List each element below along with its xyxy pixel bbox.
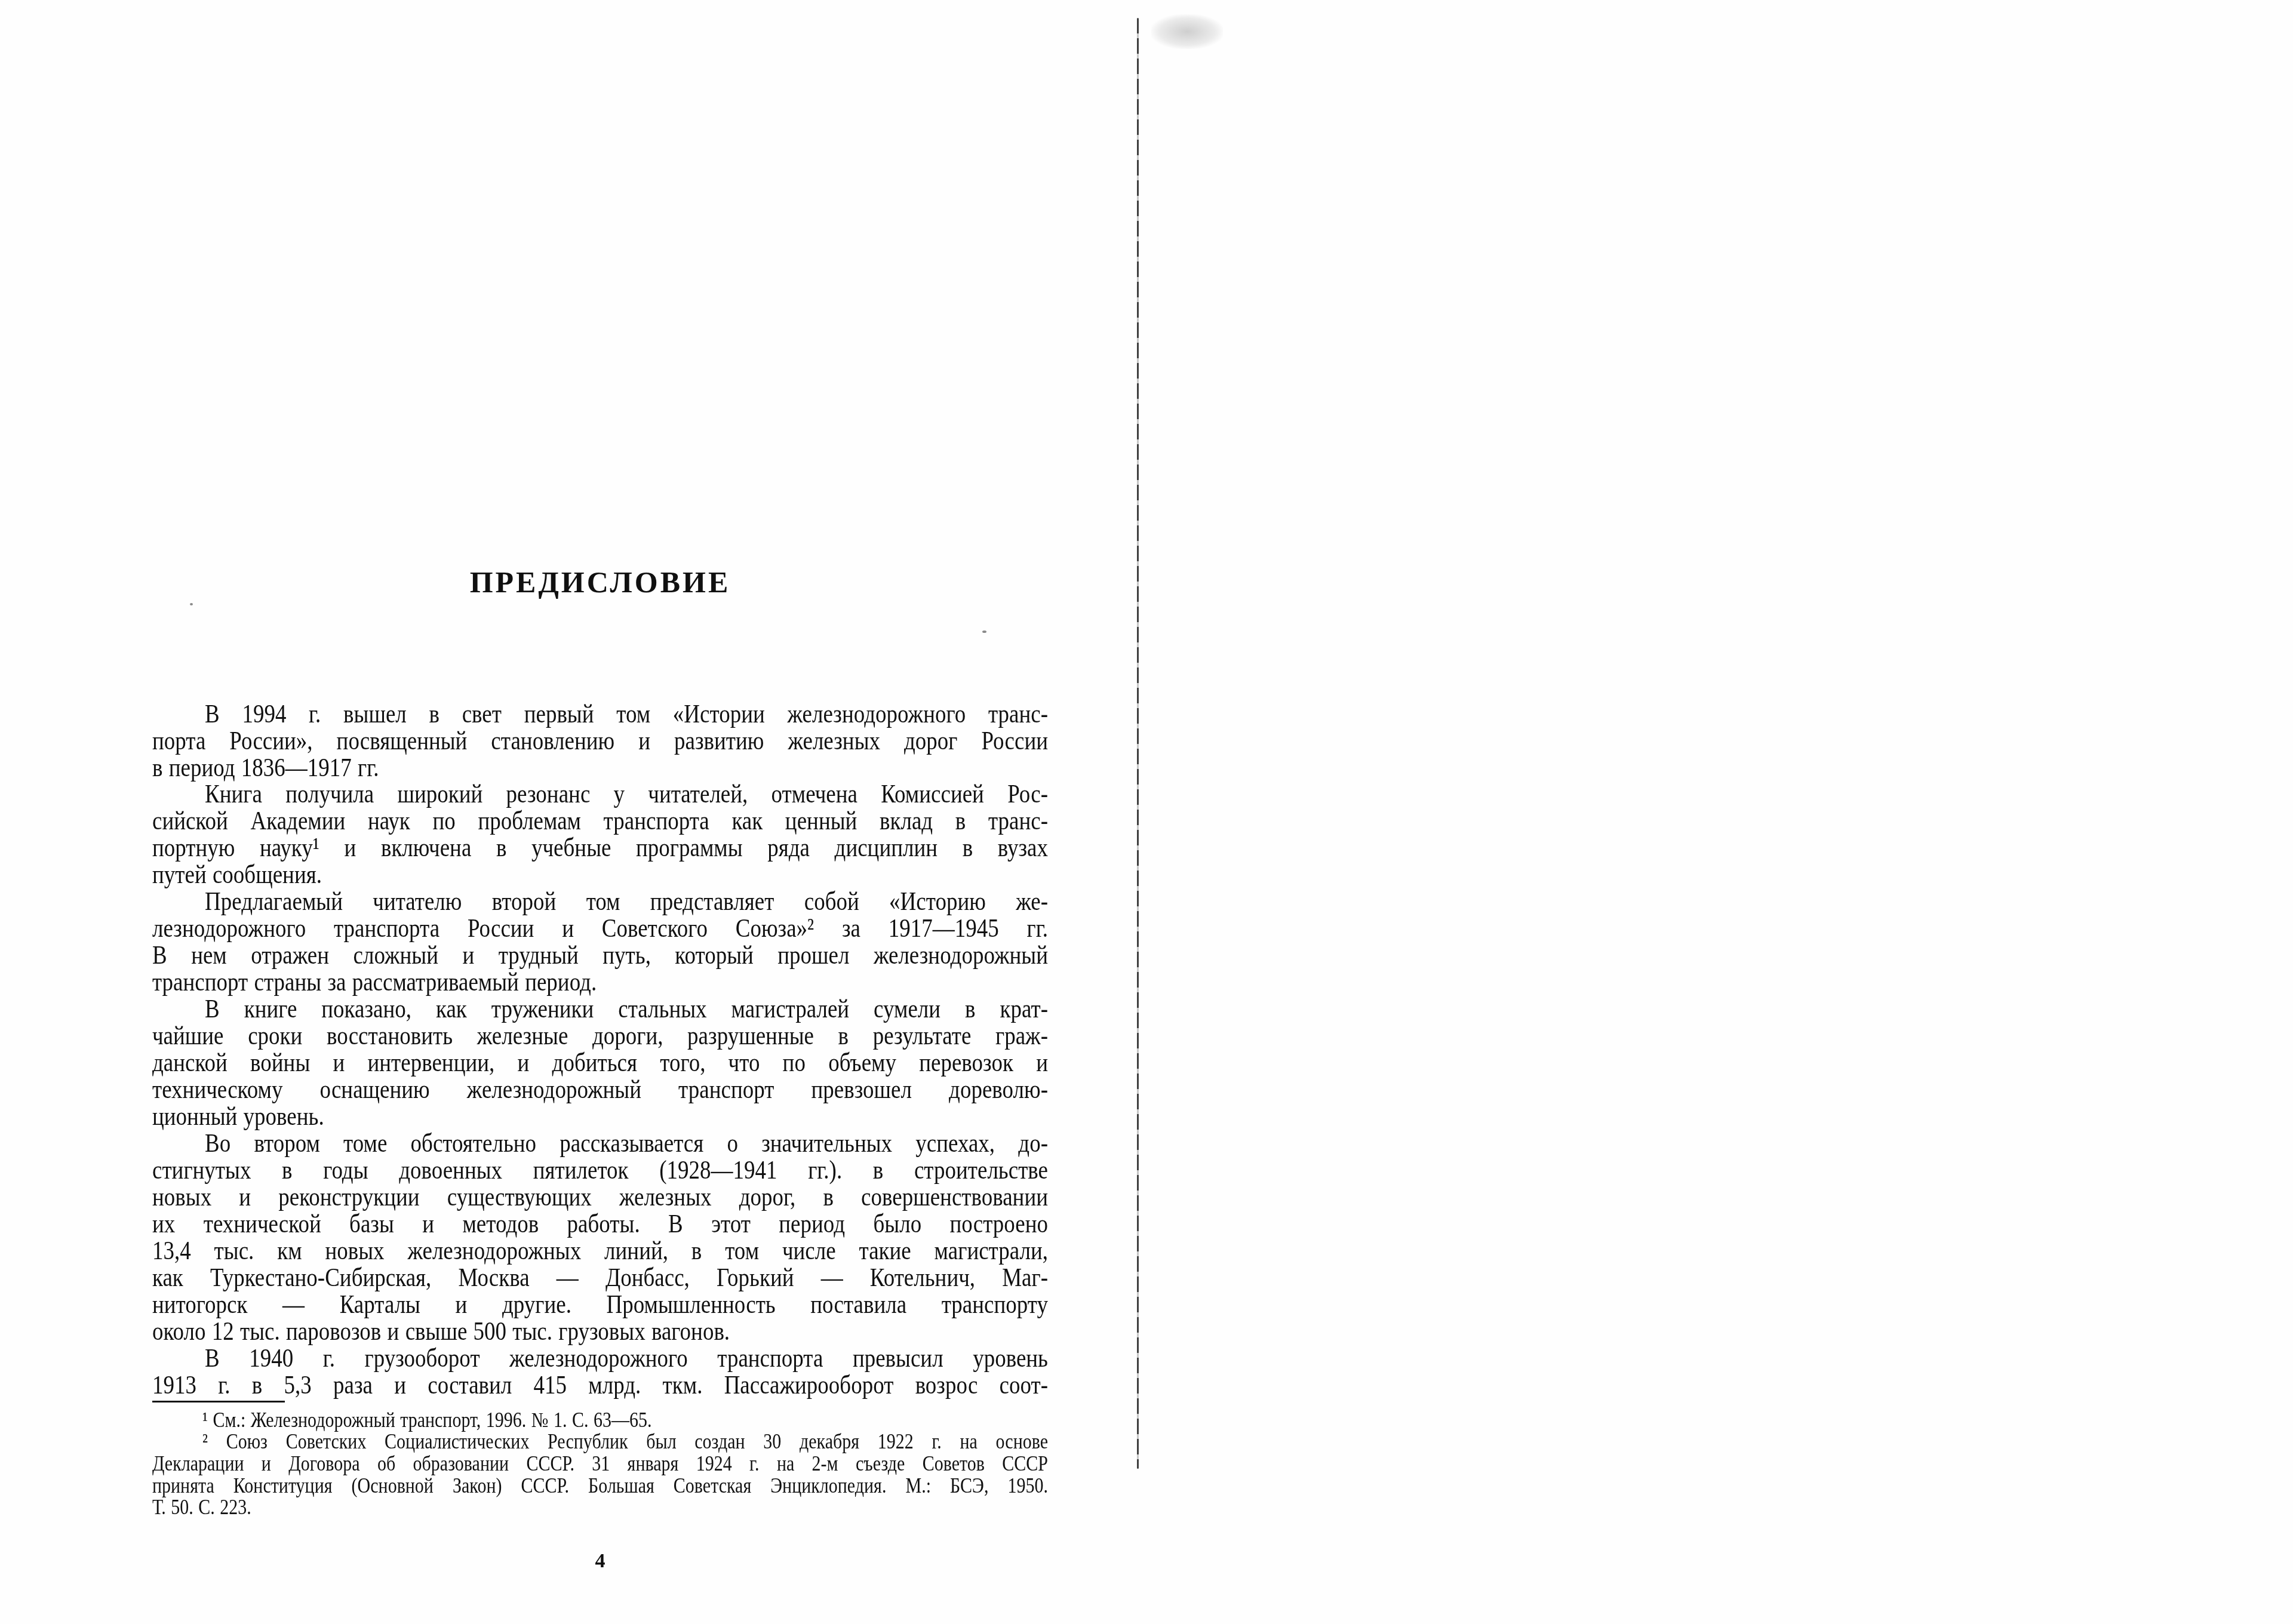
text-line: Книга получила широкий резонанс у читате… [152,782,1048,808]
paragraph: Книга получила широкий резонанс у читате… [152,782,1048,889]
text-line: путей сообщения. [152,862,1048,889]
text-line: В книге показано, как труженики стальных… [152,996,1048,1023]
text-line: Т. 50. С. 223. [152,1497,1048,1519]
text-line: порта России», посвященный становлению и… [152,728,1048,755]
text-line: В 1994 г. вышел в свет первый том «Истор… [152,701,1048,728]
text-line: В 1940 г. грузооборот железнодорожного т… [152,1346,1048,1373]
text-line: портную науку¹ и включена в учебные прог… [152,835,1048,862]
binding-gutter-line [1137,18,1139,1469]
text-line: сийской Академии наук по проблемам транс… [152,808,1048,835]
chapter-title: ПРЕДИСЛОВИЕ [152,566,1048,598]
text-line: Во втором томе обстоятельно рассказывает… [152,1131,1048,1158]
text-line: Декларации и Договора об образовании ССС… [152,1453,1048,1475]
text-line: их технической базы и методов работы. В … [152,1211,1048,1238]
text-line: чайшие сроки восстановить железные дорог… [152,1023,1048,1050]
text-line: в период 1836—1917 гг. [152,755,1048,782]
paragraph: ² Союз Советских Социалистических Респуб… [152,1431,1048,1519]
text-line: Предлагаемый читателю второй том предста… [152,889,1048,916]
paragraph: Во втором томе обстоятельно рассказывает… [152,1131,1048,1346]
page-right: ветственно в 3,3 раза и достиг 98 млрд. … [1139,0,2293,1624]
text-line: ² Союз Советских Социалистических Респуб… [152,1431,1048,1453]
text-line: транспорт страны за рассматриваемый пери… [152,970,1048,996]
scan-speck [190,603,193,605]
paragraph: В книге показано, как труженики стальных… [152,996,1048,1131]
text-line: 13,4 тыс. км новых железнодорожных линий… [152,1238,1048,1265]
text-line: новых и реконструкции существующих желез… [152,1185,1048,1211]
scan-speck [982,630,986,633]
paragraph: В 1994 г. вышел в свет первый том «Истор… [152,701,1048,782]
left-page-body: В 1994 г. вышел в свет первый том «Истор… [152,701,1048,1400]
text-line: лезнодорожного транспорта России и Совет… [152,916,1048,943]
text-line: техническому оснащению железнодорожный т… [152,1077,1048,1104]
text-line: около 12 тыс. паровозов и свыше 500 тыс.… [152,1319,1048,1346]
text-line: ционный уровень. [152,1104,1048,1131]
text-line: ¹ См.: Железнодорожный транспорт, 1996. … [152,1409,1048,1431]
left-page-footnotes: ¹ См.: Железнодорожный транспорт, 1996. … [152,1409,1048,1519]
text-line: стигнутых в годы довоенных пятилеток (19… [152,1158,1048,1185]
text-line: данской войны и интервенции, и добиться … [152,1050,1048,1077]
paragraph: ¹ См.: Железнодорожный транспорт, 1996. … [152,1409,1048,1431]
text-line: принята Конституция (Основной Закон) ССС… [152,1475,1048,1497]
paragraph: В 1940 г. грузооборот железнодорожного т… [152,1346,1048,1400]
text-line: В нем отражен сложный и трудный путь, ко… [152,943,1048,970]
page-left: ПРЕДИСЛОВИЕ В 1994 г. вышел в свет первы… [0,0,1137,1624]
text-line: 1913 г. в 5,3 раза и составил 415 млрд. … [152,1373,1048,1400]
text-line: нитогорск — Карталы и другие. Промышленн… [152,1292,1048,1319]
book-spread-scan: ПРЕДИСЛОВИЕ В 1994 г. вышел в свет первы… [0,0,2293,1624]
text-line: как Туркестано-Сибирская, Москва — Донба… [152,1265,1048,1292]
paragraph: Предлагаемый читателю второй том предста… [152,889,1048,996]
page-number-left: 4 [152,1550,1048,1573]
footnote-divider [152,1401,285,1402]
